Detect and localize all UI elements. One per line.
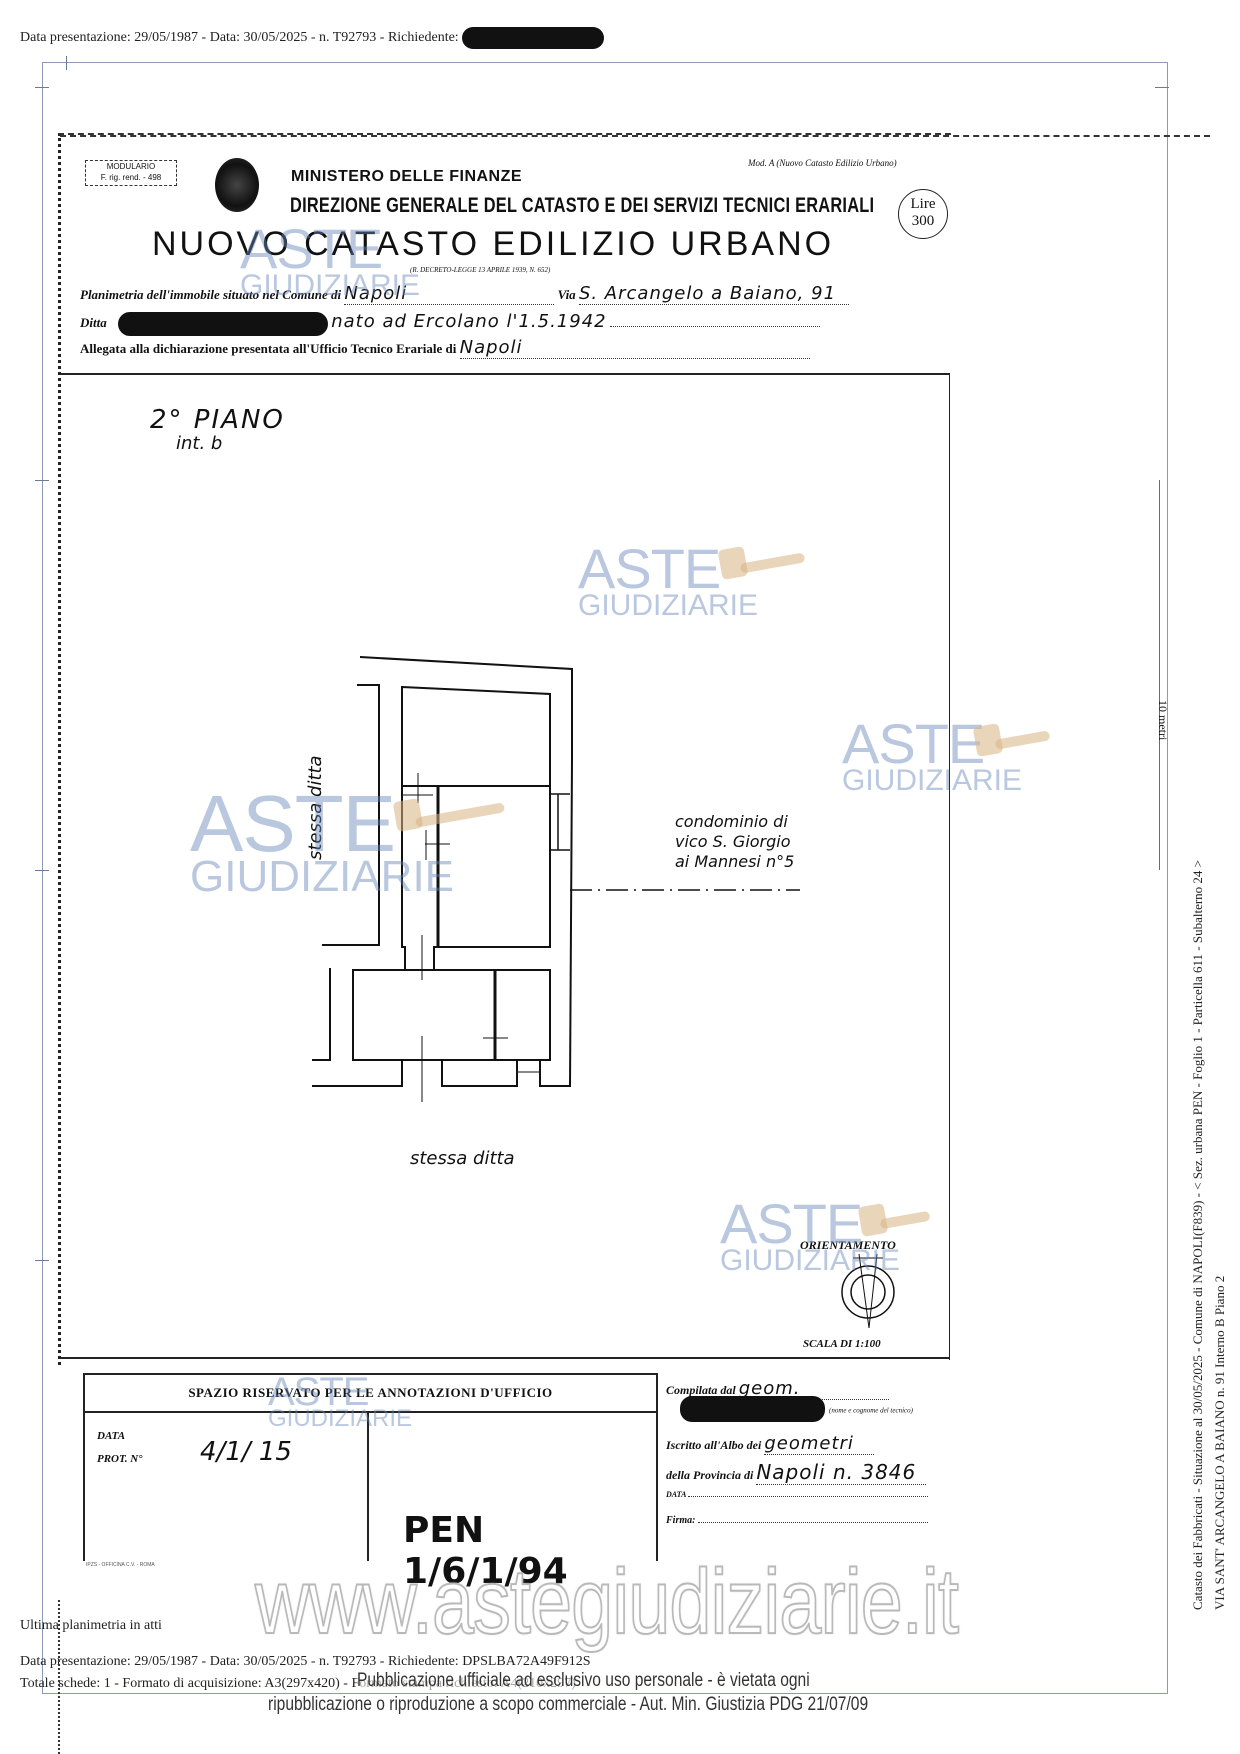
compilata-data-row: DATA bbox=[666, 1490, 928, 1499]
crop-mark bbox=[35, 480, 49, 481]
header-info: Data presentazione: 29/05/1987 - Data: 3… bbox=[20, 27, 604, 49]
ministry-name: MINISTERO DELLE FINANZE bbox=[291, 168, 522, 186]
crop-mark bbox=[35, 1260, 49, 1261]
publication-notice-1: Pubblicazione ufficiale ad esclusivo uso… bbox=[357, 1670, 810, 1692]
technician-name-row: (nome e cognome del tecnico) bbox=[680, 1396, 913, 1422]
redacted-owner bbox=[118, 312, 328, 336]
crop-mark bbox=[35, 87, 49, 88]
row-location: Planimetria dell'immobile situato nel Co… bbox=[80, 283, 849, 305]
provincia-row: della Provincia di Napoli n. 3846 bbox=[666, 1460, 926, 1485]
modulario-label: MODULARIO bbox=[86, 161, 176, 172]
ultima-planimetria: Ultima planimetria in atti bbox=[20, 1618, 162, 1634]
watermark-text: GIUDIZIARIE bbox=[190, 858, 454, 895]
via-label: Via bbox=[558, 287, 576, 302]
allegata-label: Allegata alla dichiarazione presentata a… bbox=[80, 341, 456, 356]
scale-bar bbox=[1159, 480, 1160, 870]
side-line-2: VIA SANT' ARCANGELO A BAIANO n. 91 Inter… bbox=[1212, 860, 1228, 1610]
firma-label: Firma: bbox=[666, 1515, 695, 1526]
side-info: Catasto dei Fabbricati - Situazione al 3… bbox=[1190, 860, 1228, 1610]
floor-label: 2° PIANO bbox=[150, 405, 285, 435]
compilata-data-label: DATA bbox=[666, 1490, 686, 1499]
watermark-text: GIUDIZIARIE bbox=[268, 1409, 412, 1429]
watermark-text: GIUDIZIARIE bbox=[720, 1248, 900, 1274]
aste-watermark: ASTE GIUDIZIARIE bbox=[240, 225, 420, 298]
redacted-technician bbox=[680, 1396, 825, 1422]
prot-value: 4/1/ 15 bbox=[200, 1437, 292, 1467]
modulario-box: MODULARIO F. rig. rend. - 498 bbox=[85, 160, 177, 186]
scale-label: SCALA DI 1:100 bbox=[803, 1338, 881, 1350]
modulario-code: F. rig. rend. - 498 bbox=[86, 172, 176, 183]
form-border bbox=[949, 375, 950, 1360]
direction-name: DIREZIONE GENERALE DEL CATASTO E DEI SER… bbox=[290, 194, 874, 218]
data-label: DATA bbox=[97, 1430, 125, 1442]
watermark-text: GIUDIZIARIE bbox=[240, 273, 420, 299]
header-separator bbox=[60, 373, 950, 375]
crop-mark bbox=[35, 870, 49, 871]
firma-row: Firma: bbox=[666, 1515, 928, 1526]
decree-reference: (R. DECRETO-LEGGE 13 APRILE 1939, N. 652… bbox=[410, 266, 550, 274]
republic-emblem-icon bbox=[215, 158, 259, 212]
compilata-label: Compilata dal bbox=[666, 1383, 736, 1397]
watermark-text: ASTE bbox=[268, 1375, 412, 1409]
form-border bbox=[58, 1357, 950, 1359]
crop-mark bbox=[1155, 87, 1169, 88]
ditta-value: nato ad Ercolano l'1.5.1942 bbox=[331, 311, 606, 332]
form-top-border bbox=[60, 135, 1210, 138]
price-value: 300 bbox=[899, 213, 947, 230]
watermark-text: GIUDIZIARIE bbox=[842, 768, 1022, 794]
site-watermark: www.astegiudiziarie.it bbox=[255, 1550, 958, 1655]
ditta-label: Ditta bbox=[80, 315, 107, 330]
provincia-value: Napoli n. 3846 bbox=[756, 1460, 916, 1484]
scan-edge bbox=[58, 1600, 61, 1754]
price-currency: Lire bbox=[899, 196, 947, 213]
side-line-1: Catasto dei Fabbricati - Situazione al 3… bbox=[1190, 860, 1206, 1610]
interno-label: int. b bbox=[176, 433, 222, 454]
provincia-label: della Provincia di bbox=[666, 1468, 753, 1482]
iscritto-label: Iscritto all'Albo dei bbox=[666, 1438, 761, 1452]
iscritto-row: Iscritto all'Albo dei geometri bbox=[666, 1433, 874, 1455]
technician-hint: (nome e cognome del tecnico) bbox=[829, 1407, 913, 1415]
printer-imprint: IPZS - OFFICINA C.V. - ROMA bbox=[86, 1562, 155, 1568]
price-stamp: Lire 300 bbox=[898, 189, 948, 239]
model-label: Mod. A (Nuovo Catasto Edilizio Urbano) bbox=[748, 158, 897, 168]
aste-watermark: ASTE GIUDIZIARIE bbox=[268, 1375, 412, 1429]
header-text: Data presentazione: 29/05/1987 - Data: 3… bbox=[20, 30, 459, 45]
iscritto-value: geometri bbox=[764, 1433, 854, 1454]
via-value: S. Arcangelo a Baiano, 91 bbox=[579, 283, 836, 304]
watermark-text: ASTE bbox=[240, 225, 420, 273]
annotations-divider bbox=[367, 1411, 369, 1561]
prot-label: PROT. N° bbox=[97, 1453, 143, 1465]
publication-notice-2: ripubblicazione o riproduzione a scopo c… bbox=[268, 1694, 868, 1716]
redacted-name bbox=[462, 27, 604, 49]
crop-mark bbox=[66, 56, 67, 70]
row-ditta: Ditta nato ad Ercolano l'1.5.1942 bbox=[80, 311, 820, 336]
row-allegata: Allegata alla dichiarazione presentata a… bbox=[80, 337, 810, 359]
scale-bar-label: 10 metri bbox=[1155, 700, 1170, 740]
ufficio-value: Napoli bbox=[460, 337, 523, 358]
watermark-text: GIUDIZIARIE bbox=[578, 593, 758, 619]
footer-line-1: Data presentazione: 29/05/1987 - Data: 3… bbox=[20, 1654, 591, 1670]
